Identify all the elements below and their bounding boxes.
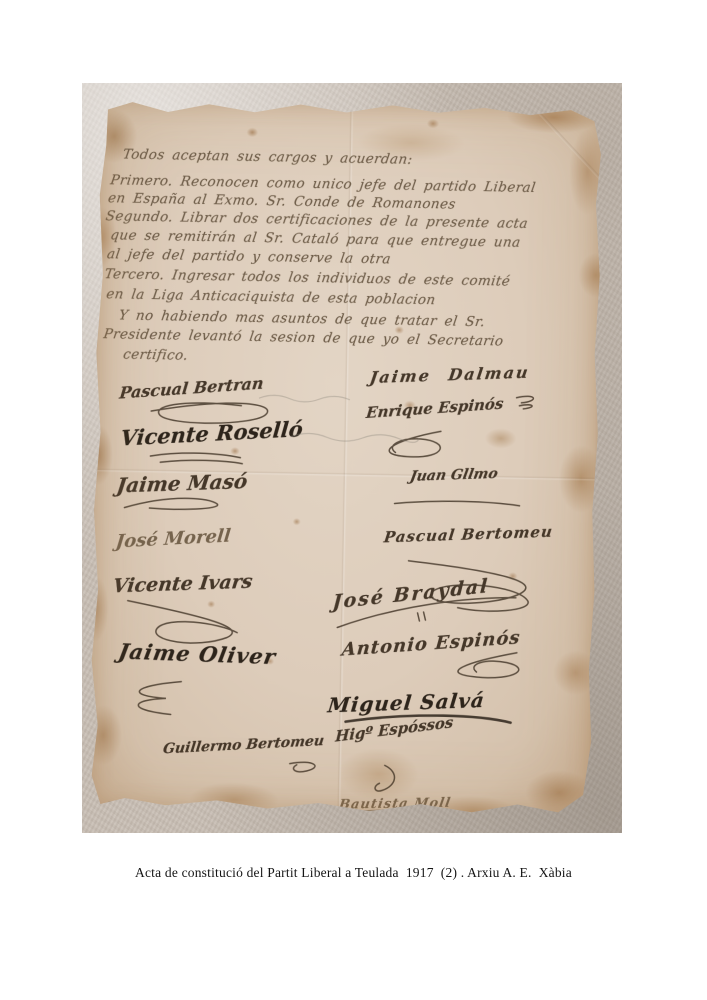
stain [82, 413, 119, 498]
signature: Guillermo Bertomeu [162, 733, 325, 757]
signature: Bautista Moll [338, 796, 452, 813]
stain [291, 517, 302, 527]
stain [561, 112, 615, 233]
signature: Jaime Dalmau [369, 363, 532, 388]
ink-dot [106, 801, 115, 809]
manuscript-line: Todos aceptan sus cargos y acuerdan: [122, 147, 414, 168]
signature: Enrique Espinós [365, 394, 504, 422]
manuscript-line: en la Liga Anticaciquista de esta poblac… [105, 286, 436, 308]
stain [479, 424, 524, 453]
stain [506, 571, 519, 582]
manuscript-line: Tercero. Ingresar todos los individuos d… [104, 266, 512, 289]
stain [544, 641, 607, 704]
signature: Vicente Ivars [112, 571, 254, 598]
stain [512, 761, 607, 825]
signature: Pascual Bertomeu [383, 523, 554, 547]
manuscript-line: certifico. [122, 347, 189, 364]
document-photo: Todos aceptan sus cargos y acuerdan: Pri… [82, 83, 622, 833]
stain [244, 126, 260, 139]
corner-crease [524, 97, 615, 194]
manuscript-line: al jefe del partido y conserve la otra [106, 246, 392, 267]
signature: Pascual Bertran [119, 373, 265, 402]
stain [488, 94, 619, 140]
stain [206, 599, 217, 609]
stain [571, 244, 620, 307]
stain [82, 693, 130, 778]
photo-caption: Acta de constitució del Partit Liberal a… [0, 865, 707, 881]
stain [424, 117, 441, 130]
stain [549, 431, 613, 526]
manuscript-line: Presidente levantó la sesion de que yo e… [102, 326, 504, 349]
signature: Antonio Espinós [341, 627, 522, 661]
signature: Jaime Masó [115, 469, 248, 498]
signature: Miguel Salvá [327, 688, 487, 717]
signature: Higº Espóssos [335, 713, 454, 746]
stain [172, 774, 297, 824]
signature: Jaime Oliver [117, 639, 279, 669]
signature: José Braydal [332, 575, 490, 614]
signature: José Morell [115, 525, 232, 552]
stain [228, 445, 241, 456]
signature: Vicente Roselló [120, 416, 304, 451]
manuscript-paper: Todos aceptan sus cargos y acuerdan: Pri… [84, 95, 607, 820]
signature: Juan Gllmo [409, 466, 499, 485]
stain [82, 563, 114, 656]
